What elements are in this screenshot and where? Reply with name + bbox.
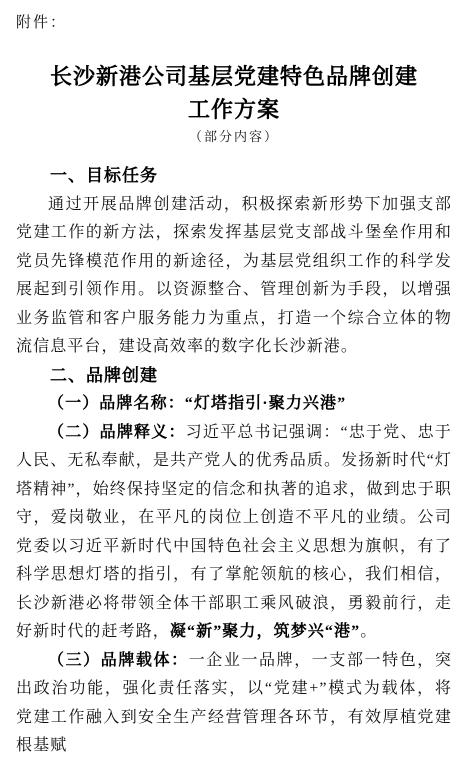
text-run: 通过开展品牌创建活动，积极探索新形势下加强支部党建工作的新方法，探索发挥基层党支… [16,196,452,356]
title-line-2: 工作方案 [16,93,452,126]
title-line-1: 长沙新港公司基层党建特色品牌创建 [16,60,452,93]
document-sections: 一、目标任务通过开展品牌创建活动，积极探索新形势下加强支部党建工作的新方法，探索… [16,162,452,761]
section-heading: 二、品牌创建 [16,362,452,391]
text-run: （一）品牌名称：“灯塔指引·聚力兴港” [48,395,346,412]
paragraph: （二）品牌释义：习近平总书记强调：“忠于党、忠于人民、无私奉献，是共产党人的优秀… [16,419,452,647]
document-page: 附件： 长沙新港公司基层党建特色品牌创建 工作方案 （部分内容） 一、目标任务通… [0,0,468,762]
paragraph: 通过开展品牌创建活动，积极探索新形势下加强支部党建工作的新方法，探索发挥基层党支… [16,191,452,362]
paragraph: （一）品牌名称：“灯塔指引·聚力兴港” [16,390,452,419]
text-run: 。 [360,623,377,640]
text-run: 凝“新”聚力，筑梦兴“港” [170,623,360,640]
text-run: 二、品牌创建 [50,366,158,385]
attachment-label: 附件： [16,12,452,34]
paragraph: （三）品牌载体：一企业一品牌，一支部一特色，突出政治功能，强化责任落实，以“党建… [16,647,452,761]
text-run: 一、目标任务 [50,166,158,185]
text-run: 习近平总书记强调：“忠于党、忠于人民、无私奉献，是共产党人的优秀品质。发扬新时代… [16,424,452,641]
text-run: （二）品牌释义： [48,424,186,441]
text-run: （三）品牌载体： [48,652,189,669]
document-subtitle: （部分内容） [16,128,452,146]
section-heading: 一、目标任务 [16,162,452,191]
document-title: 长沙新港公司基层党建特色品牌创建 工作方案 [16,60,452,126]
